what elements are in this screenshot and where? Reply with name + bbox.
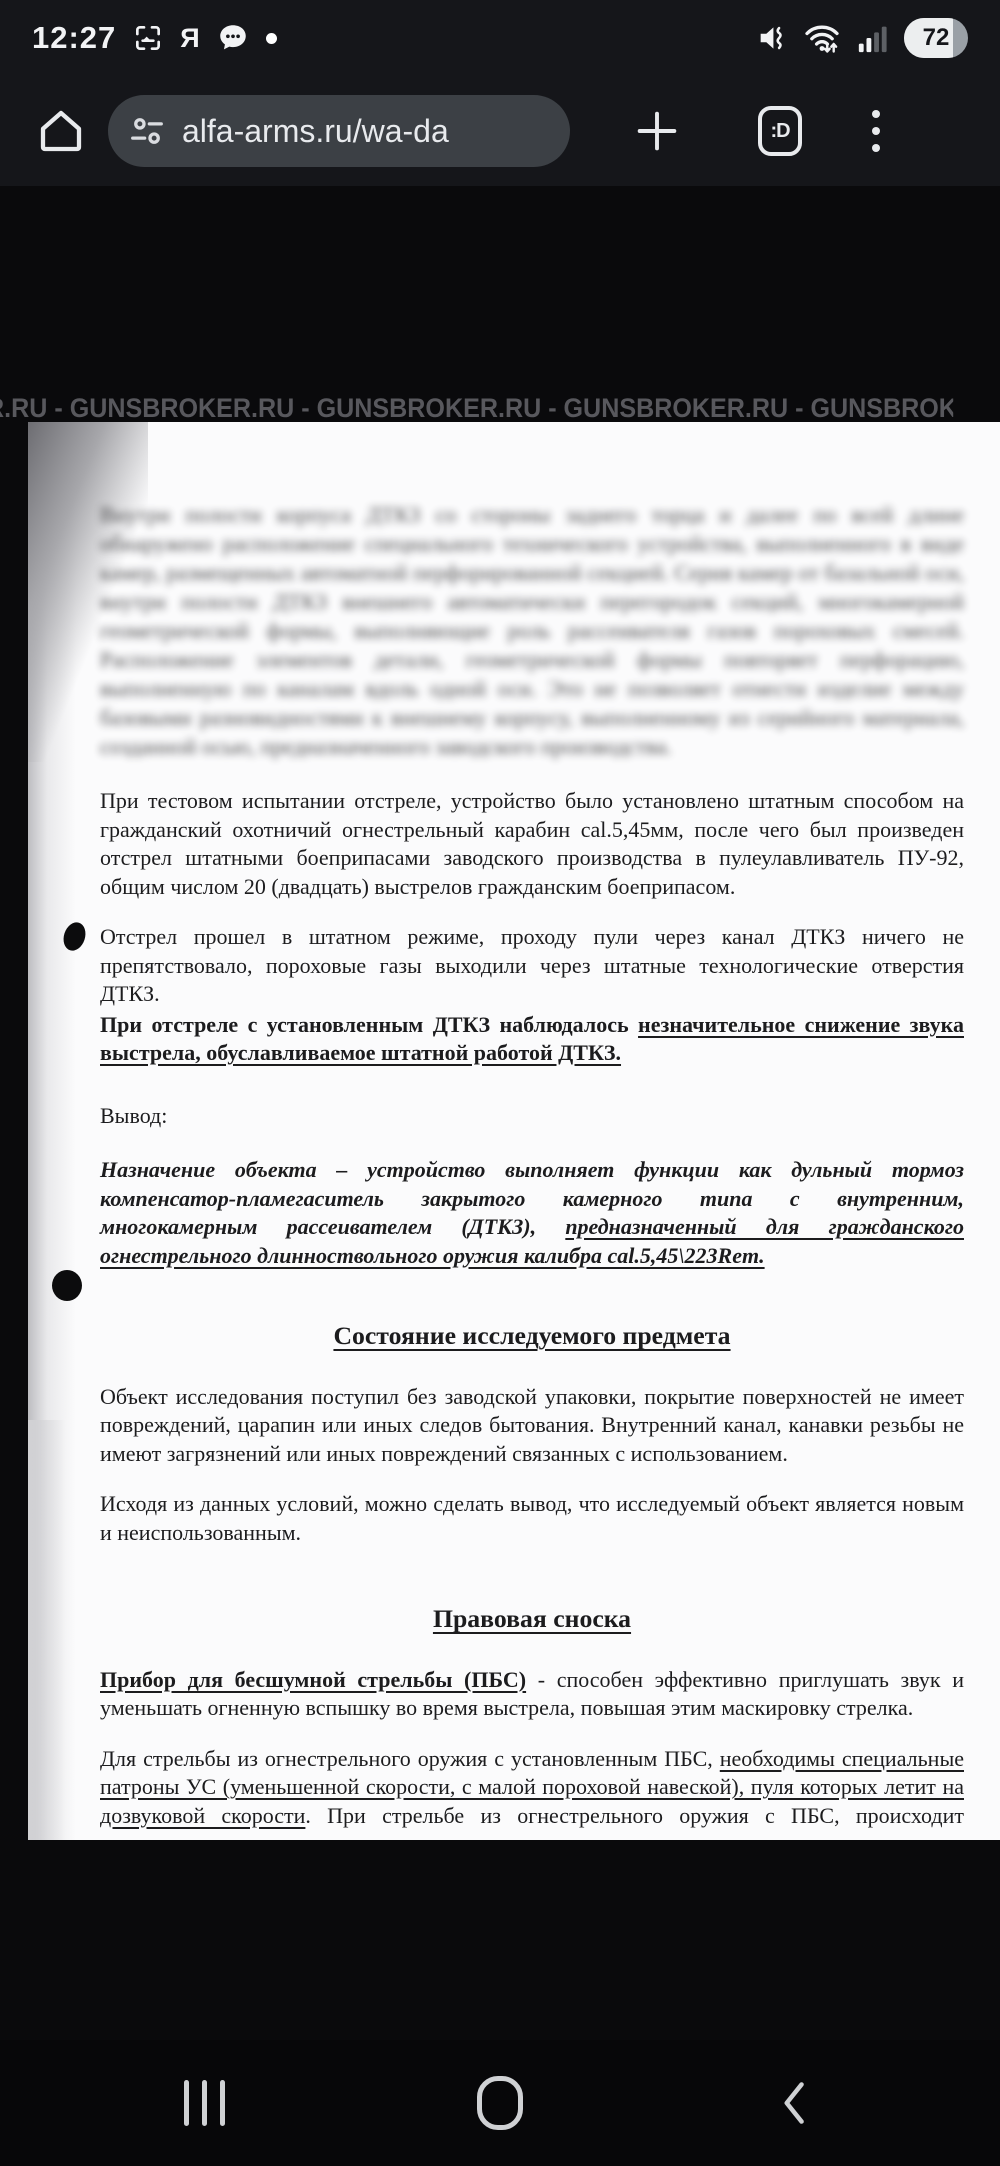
home-icon [34,104,88,158]
clock: 12:27 [32,20,116,56]
heading-legal-note: Правовая сноска [100,1605,964,1634]
paragraph-test-firing: При тестовом испытании отстреле, устройс… [100,787,964,901]
notification-dot-icon [266,33,277,44]
paragraph-firing-result: Отстрел прошел в штатном режиме, проходу… [100,923,964,1009]
screenshot-notification-icon [132,22,164,54]
nav-home-icon [477,2076,523,2130]
text-run-bold-underlined: Прибор для бесшумной стрельбы (ПБС) [100,1667,526,1692]
site-settings-icon [128,112,166,150]
back-button[interactable] [761,2068,831,2138]
blurred-paragraph: Внутри полости корпуса ДТКЗ со стороны з… [100,500,964,761]
wifi-icon [802,20,842,56]
system-navigation-bar [0,2040,1000,2166]
text-run: Для стрельбы из огнестрельного оружия с … [100,1746,720,1771]
plus-icon [631,105,683,157]
paragraph-pbs-definition: Прибор для бесшумной стрельбы (ПБС) - сп… [100,1666,964,1723]
status-bar: 12:27 Я [0,0,1000,76]
nav-home-button[interactable] [465,2068,535,2138]
menu-dot [872,110,880,118]
paragraph-conclusion: Назначение объекта – устройство выполняе… [100,1156,964,1270]
chat-notification-icon [216,21,250,55]
menu-dot [872,127,880,135]
conclusion-label: Вывод: [100,1102,964,1131]
paragraph-condition: Объект исследования поступил без заводск… [100,1383,964,1469]
scanned-document-page: Внутри полости корпуса ДТКЗ со стороны з… [28,422,1000,1840]
recents-button[interactable] [169,2068,239,2138]
recents-icon [184,2080,225,2126]
url-text: alfa-arms.ru/wa-da [182,113,449,150]
menu-dot [872,144,880,152]
back-icon [773,2077,819,2129]
paragraph-condition-conclusion: Исходя из данных условий, можно сделать … [100,1490,964,1547]
text-run: При отстреле с установленным ДТКЗ наблюд… [100,1012,638,1037]
battery-percent: 72 [904,18,968,58]
tab-count-label: :D [770,120,789,143]
browser-home-button[interactable] [26,104,96,158]
heading-item-condition: Состояние исследуемого предмета [100,1322,964,1351]
watermark-text: R.RU - GUNSBROKER.RU - GUNSBROKER.RU - G… [0,393,953,423]
battery-indicator: 72 [904,18,968,58]
paragraph-sound-reduction: При отстреле с установленным ДТКЗ наблюд… [100,1011,964,1068]
signal-strength-icon [855,21,891,55]
browser-toolbar: alfa-arms.ru/wa-da :D [0,76,1000,186]
web-content-area[interactable]: R.RU - GUNSBROKER.RU - GUNSBROKER.RU - G… [0,186,1000,2040]
browser-menu-button[interactable] [872,110,880,152]
document-text: Внутри полости корпуса ДТКЗ со стороны з… [28,422,1000,1840]
paragraph-pbs-ammo: Для стрельбы из огнестрельного оружия с … [100,1745,964,1841]
mute-icon [755,21,789,55]
yandex-app-icon: Я [180,23,199,54]
tab-switcher-button[interactable]: :D [758,106,802,156]
new-tab-button[interactable] [622,105,692,157]
phone-screen: 12:27 Я [0,0,1000,2166]
address-bar[interactable]: alfa-arms.ru/wa-da [108,95,570,167]
